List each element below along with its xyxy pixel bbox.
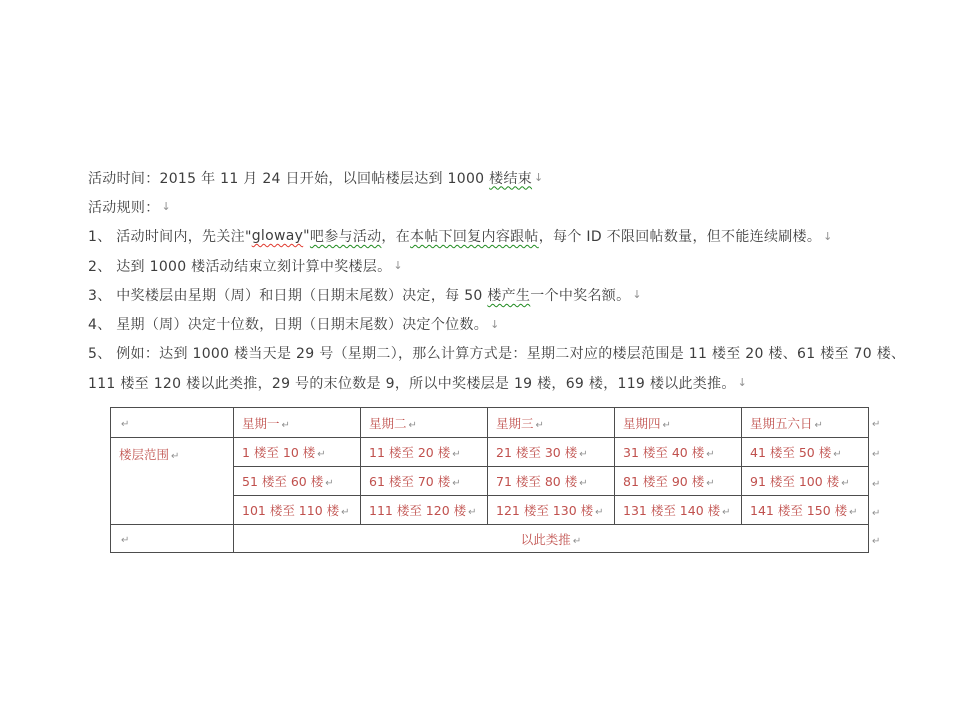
text-segment: " — [303, 228, 310, 244]
row-end-mark: ↵ — [872, 419, 880, 430]
cell-end-mark: ↵ — [452, 478, 460, 489]
cell-end-mark: ↵ — [706, 449, 714, 460]
day-header-label: 星期五六日 — [750, 416, 813, 431]
floor-range-cell: 21 楼至 30 楼↵ — [488, 438, 615, 467]
cell-end-mark: ↵ — [341, 507, 349, 518]
floor-range-cell: 121 楼至 130 楼↵ — [488, 496, 615, 525]
floor-range-cell: 41 楼至 50 楼↵ — [742, 438, 869, 467]
floor-range-text: 1 楼至 10 楼 — [242, 445, 315, 460]
row-end-mark: ↵ — [872, 479, 880, 490]
paragraph-line: 活动时间：2015 年 11 月 24 日开始，以回帖楼层达到 1000 楼结束… — [88, 163, 888, 192]
floor-range-text: 61 楼至 70 楼 — [369, 474, 450, 489]
row-label-text: 楼层范围 — [119, 447, 169, 462]
paragraph-end-mark: ↓ — [534, 171, 544, 184]
floor-range-cell: 51 楼至 60 楼↵ — [234, 467, 361, 496]
cell-end-mark: ↵ — [573, 536, 581, 547]
text-segment: ，在 — [381, 226, 410, 246]
cell-end-mark: ↵ — [171, 451, 179, 462]
paragraph-line: 5、 例如：达到 1000 楼当天是 29 号（星期二），那么计算方式是：星期二… — [88, 339, 888, 368]
cell-end-mark: ↵ — [317, 449, 325, 460]
floor-range-text: 31 楼至 40 楼 — [623, 445, 704, 460]
floor-range-cell: 81 楼至 90 楼↵ — [615, 467, 742, 496]
spellcheck-flagged-text: 楼产生 — [487, 285, 530, 305]
cell-end-mark: ↵ — [815, 420, 823, 431]
floor-range-cell: 31 楼至 40 楼↵ — [615, 438, 742, 467]
cell-end-mark: ↵ — [409, 420, 417, 431]
paragraph-end-mark: ↓ — [393, 259, 403, 272]
cell-end-mark: ↵ — [121, 535, 129, 546]
paragraph-line: 4、 星期（周）决定十位数，日期（日期末尾数）决定个位数。↓ — [88, 309, 888, 338]
row-end-mark: ↵ — [872, 449, 880, 460]
floor-range-cell: 71 楼至 80 楼↵ — [488, 467, 615, 496]
day-header-cell: 星期二↵ — [361, 408, 488, 438]
floor-range-text: 51 楼至 60 楼 — [242, 474, 323, 489]
cell-end-mark: ↵ — [841, 478, 849, 489]
day-header-cell: 星期一↵ — [234, 408, 361, 438]
day-header-cell: 星期五六日↵ — [742, 408, 869, 438]
empty-footer-cell: ↵ — [111, 525, 234, 553]
cell-end-mark: ↵ — [325, 478, 333, 489]
floor-range-cell: 111 楼至 120 楼↵ — [361, 496, 488, 525]
table-header-row: ↵星期一↵星期二↵星期三↵星期四↵星期五六日↵ — [111, 408, 869, 438]
paragraph-end-mark: ↓ — [162, 200, 172, 213]
floor-range-text: 121 楼至 130 楼 — [496, 503, 593, 518]
cell-end-mark: ↵ — [121, 419, 129, 430]
cell-end-mark: ↵ — [536, 420, 544, 431]
text-segment: 2、 达到 1000 楼活动结束立刻计算中奖楼层。 — [88, 256, 391, 276]
day-header-label: 星期一 — [242, 416, 280, 431]
text-segment: ，每个 ID 不限回帖数量，但不能连续刷楼。 — [539, 226, 821, 246]
floor-range-cell: 131 楼至 140 楼↵ — [615, 496, 742, 525]
floor-range-text: 41 楼至 50 楼 — [750, 445, 831, 460]
floor-range-row: 楼层范围↵1 楼至 10 楼↵11 楼至 20 楼↵21 楼至 30 楼↵31 … — [111, 438, 869, 467]
text-segment: 3、 中奖楼层由星期（周）和日期（日期末尾数）决定，每 50 — [88, 285, 487, 305]
paragraph-end-mark: ↓ — [632, 288, 642, 301]
spellcheck-flagged-text: 吧参与活动 — [310, 226, 382, 246]
text-segment: 111 楼至 120 楼以此类推，29 号的末位数是 9，所以中奖楼层是 19 … — [88, 373, 736, 393]
paragraph-end-mark: ↓ — [490, 318, 500, 331]
floor-range-cell: 91 楼至 100 楼↵ — [742, 467, 869, 496]
empty-corner-cell: ↵ — [111, 408, 234, 438]
floor-range-text: 131 楼至 140 楼 — [623, 503, 720, 518]
day-header-label: 星期三 — [496, 416, 534, 431]
floor-range-text: 101 楼至 110 楼 — [242, 503, 339, 518]
paragraph-line: 111 楼至 120 楼以此类推，29 号的末位数是 9，所以中奖楼层是 19 … — [88, 368, 888, 397]
row-end-mark: ↵ — [872, 536, 880, 547]
floor-range-text: 71 楼至 80 楼 — [496, 474, 577, 489]
spellcheck-flagged-text: gloway — [252, 228, 303, 244]
floor-range-table: ↵星期一↵星期二↵星期三↵星期四↵星期五六日↵楼层范围↵1 楼至 10 楼↵11… — [110, 407, 869, 553]
paragraph-end-mark: ↓ — [738, 376, 748, 389]
footer-text: 以此类推 — [521, 532, 571, 547]
cell-end-mark: ↵ — [282, 420, 290, 431]
floor-range-cell: 101 楼至 110 楼↵ — [234, 496, 361, 525]
floor-range-text: 11 楼至 20 楼 — [369, 445, 450, 460]
paragraph-line: 3、 中奖楼层由星期（周）和日期（日期末尾数）决定，每 50 楼产生一个中奖名额… — [88, 280, 888, 309]
text-segment: 4、 星期（周）决定十位数，日期（日期末尾数）决定个位数。 — [88, 314, 488, 334]
day-header-label: 星期四 — [623, 416, 661, 431]
cell-end-mark: ↵ — [468, 507, 476, 518]
cell-end-mark: ↵ — [663, 420, 671, 431]
day-header-cell: 星期三↵ — [488, 408, 615, 438]
spellcheck-flagged-text: 楼结束 — [489, 168, 532, 188]
floor-range-text: 91 楼至 100 楼 — [750, 474, 839, 489]
floor-range-cell: 11 楼至 20 楼↵ — [361, 438, 488, 467]
word-document-page: 活动时间：2015 年 11 月 24 日开始，以回帖楼层达到 1000 楼结束… — [0, 0, 960, 720]
table-footer-row: ↵以此类推↵ — [111, 525, 869, 553]
row-label-cell: 楼层范围↵ — [111, 438, 234, 525]
cell-end-mark: ↵ — [833, 449, 841, 460]
floor-range-text: 141 楼至 150 楼 — [750, 503, 847, 518]
floor-range-text: 21 楼至 30 楼 — [496, 445, 577, 460]
footer-merged-cell: 以此类推↵ — [234, 525, 869, 553]
cell-end-mark: ↵ — [595, 507, 603, 518]
day-header-label: 星期二 — [369, 416, 407, 431]
row-end-mark: ↵ — [872, 508, 880, 519]
cell-end-mark: ↵ — [452, 449, 460, 460]
activity-rules-text: 活动时间：2015 年 11 月 24 日开始，以回帖楼层达到 1000 楼结束… — [88, 163, 888, 397]
text-segment: 1、 活动时间内，先关注" — [88, 226, 252, 246]
paragraph-end-mark: ↓ — [823, 230, 833, 243]
floor-range-text: 111 楼至 120 楼 — [369, 503, 466, 518]
cell-end-mark: ↵ — [579, 449, 587, 460]
cell-end-mark: ↵ — [706, 478, 714, 489]
text-segment: 一个中奖名额。 — [530, 285, 630, 305]
spellcheck-flagged-text: 本帖下回复内容跟帖 — [410, 226, 539, 246]
cell-end-mark: ↵ — [849, 507, 857, 518]
paragraph-line: 活动规则：↓ — [88, 192, 888, 221]
floor-range-cell: 61 楼至 70 楼↵ — [361, 467, 488, 496]
day-header-cell: 星期四↵ — [615, 408, 742, 438]
text-segment: 5、 例如：达到 1000 楼当天是 29 号（星期二），那么计算方式是：星期二… — [88, 343, 905, 363]
paragraph-line: 1、 活动时间内，先关注"gloway"吧参与活动，在本帖下回复内容跟帖，每个 … — [88, 222, 888, 251]
text-segment: 活动规则： — [88, 197, 160, 217]
floor-range-cell: 1 楼至 10 楼↵ — [234, 438, 361, 467]
cell-end-mark: ↵ — [579, 478, 587, 489]
floor-range-text: 81 楼至 90 楼 — [623, 474, 704, 489]
floor-range-cell: 141 楼至 150 楼↵ — [742, 496, 869, 525]
cell-end-mark: ↵ — [722, 507, 730, 518]
text-segment: 活动时间：2015 年 11 月 24 日开始，以回帖楼层达到 1000 — [88, 168, 489, 188]
paragraph-line: 2、 达到 1000 楼活动结束立刻计算中奖楼层。↓ — [88, 251, 888, 280]
